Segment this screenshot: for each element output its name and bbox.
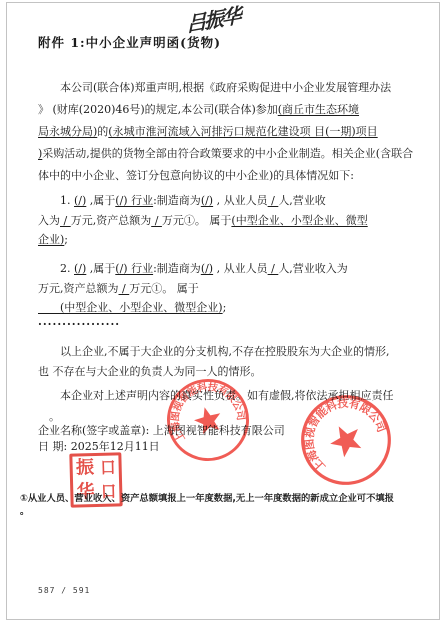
seal-char: 口	[100, 459, 115, 477]
text-segment: , 从业人员	[213, 194, 268, 207]
text-line: 》 (财库(2020)46号)的规定,本公司(联合体)参加(商丘市生态环境	[38, 99, 418, 121]
text-line: 体中的中小企业、签订分包意向协议的中小企业)的具体情况如下:	[38, 165, 418, 187]
text-segment: 人,营业收入为	[278, 262, 348, 275]
text-segment: ,属于	[86, 262, 115, 275]
underlined-text: /	[151, 214, 162, 227]
personal-square-seal-icon: 振 口 华 口	[69, 452, 122, 507]
text-segment: 入为	[38, 214, 60, 227]
text-segment: 。	[20, 506, 29, 517]
underlined-text: 企业)	[38, 233, 64, 246]
underlined-text: /	[268, 262, 279, 275]
text-segment: 本公司(联合体)郑重声明,根据《政府采购促进中小企业发展管理办法	[38, 81, 391, 94]
text-segment: 体中的中小企业、签订分包意向协议的中小企业)的具体情况如下:	[38, 169, 354, 182]
underlined-text	[38, 301, 60, 314]
text-segment: 万元①。 属于	[162, 214, 232, 227]
underlined-text: (永城市淮河流域入河排污口规范化建设项 目(一期)项目	[108, 125, 377, 138]
text-segment: , 从业人员	[213, 262, 268, 275]
paragraph-p1: 本公司(联合体)郑重声明,根据《政府采购促进中小企业发展管理办法》 (财库(20…	[38, 77, 418, 187]
text-line: 企业);	[38, 230, 418, 250]
underlined-text: (中型企业、小型企业、微型企业)	[60, 301, 223, 314]
underlined-text: (/) 行业	[115, 262, 153, 275]
company-round-stamp-text: 上海图视智能科技有限公司	[166, 378, 250, 445]
text-segment: 人,营业收	[278, 194, 326, 207]
text-line: 局永城分局)的(永城市淮河流域入河排污口规范化建设项 目(一期)项目	[38, 121, 418, 143]
text-line: )采购活动,提供的货物全部由符合政策要求的中小企业制造。相关企业(含联合	[38, 143, 418, 165]
seal-char: 振	[76, 459, 94, 477]
svg-text:上海图视智能科技有限公司: 上海图视智能科技有限公司	[166, 378, 250, 445]
seal-char: 口	[101, 483, 116, 501]
document-page: 吕振华 附件 1:中小企业声明函(货物) 本公司(联合体)郑重声明,根据《政府采…	[0, 0, 445, 624]
underlined-text: 局永城分局)	[38, 125, 97, 138]
text-segment: 万元①。 属于	[129, 282, 199, 295]
underlined-text: (/)	[74, 262, 86, 275]
text-segment: :制造商为	[153, 262, 201, 275]
text-segment: :制造商为	[153, 194, 201, 207]
text-segment: 也 不存在与大企业的负责人为同一人的情形。	[38, 365, 262, 378]
company-round-stamp-icon: 上海图视智能科技有限公司	[300, 394, 392, 486]
text-line: 2. (/) ,属于(/) 行业:制造商为(/) , 从业人员 / 人,营业收入…	[38, 259, 418, 279]
page-title: 附件 1:中小企业声明函(货物)	[38, 33, 221, 51]
paragraph-item1: 1. (/) ,属于(/) 行业:制造商为(/) , 从业人员 / 人,营业收入…	[38, 191, 418, 250]
seal-char: 华	[76, 483, 94, 501]
text-segment: ·················	[38, 318, 120, 331]
text-line: 本公司(联合体)郑重声明,根据《政府采购促进中小企业发展管理办法	[38, 77, 418, 99]
underlined-text: /	[119, 282, 130, 295]
text-segment: ,属于	[86, 194, 115, 207]
text-line: (中型企业、小型企业、微型企业);	[38, 298, 418, 318]
underlined-text: (中型企业、小型企业、微型	[231, 214, 367, 227]
text-segment: 2.	[38, 262, 74, 275]
text-line: 以上企业,不属于大企业的分支机构,不存在控股股东为大企业的情形,	[38, 342, 418, 362]
underlined-text: /	[60, 214, 71, 227]
paragraph-p3: 以上企业,不属于大企业的分支机构,不存在控股股东为大企业的情形,也 不存在与大企…	[38, 342, 418, 382]
underlined-text: (/) 行业	[115, 194, 153, 207]
page-number: 587 / 591	[38, 586, 90, 595]
text-segment: 日 期: 2025年12月11日	[38, 440, 160, 453]
text-segment: 万元,资产总额为	[71, 214, 152, 227]
text-segment: ;	[64, 233, 68, 246]
underlined-text: (/)	[74, 194, 86, 207]
text-segment: 。	[38, 410, 60, 423]
text-segment: 以上企业,不属于大企业的分支机构,不存在控股股东为大企业的情形,	[38, 345, 390, 358]
text-segment: 1.	[38, 194, 74, 207]
text-line: 入为 / 万元,资产总额为 / 万元①。 属于(中型企业、小型企业、微型	[38, 211, 418, 231]
text-segment: 采购活动,提供的货物全部由符合政策要求的中小企业制造。相关企业(含联合	[42, 147, 413, 160]
text-segment: ;	[223, 301, 227, 314]
text-line: 1. (/) ,属于(/) 行业:制造商为(/) , 从业人员 / 人,营业收	[38, 191, 418, 211]
paragraph-dots: ·················	[38, 316, 418, 334]
text-segment: 》 (财库(2020)46号)的规定,本公司(联合体)参加	[38, 103, 278, 116]
underlined-text: (/)	[201, 194, 213, 207]
company-round-stamp-icon: 上海图视智能科技有限公司	[166, 378, 250, 462]
underlined-text: (商丘市生态环境	[278, 103, 359, 116]
text-segment: 万元,资产总额为	[38, 282, 119, 295]
underlined-text: /	[268, 194, 279, 207]
underlined-text: (/)	[201, 262, 213, 275]
text-line: 万元,资产总额为 / 万元①。 属于	[38, 279, 418, 299]
text-segment: 的	[97, 125, 108, 138]
text-line: ·················	[38, 316, 418, 334]
paragraph-item2: 2. (/) ,属于(/) 行业:制造商为(/) , 从业人员 / 人,营业收入…	[38, 259, 418, 318]
